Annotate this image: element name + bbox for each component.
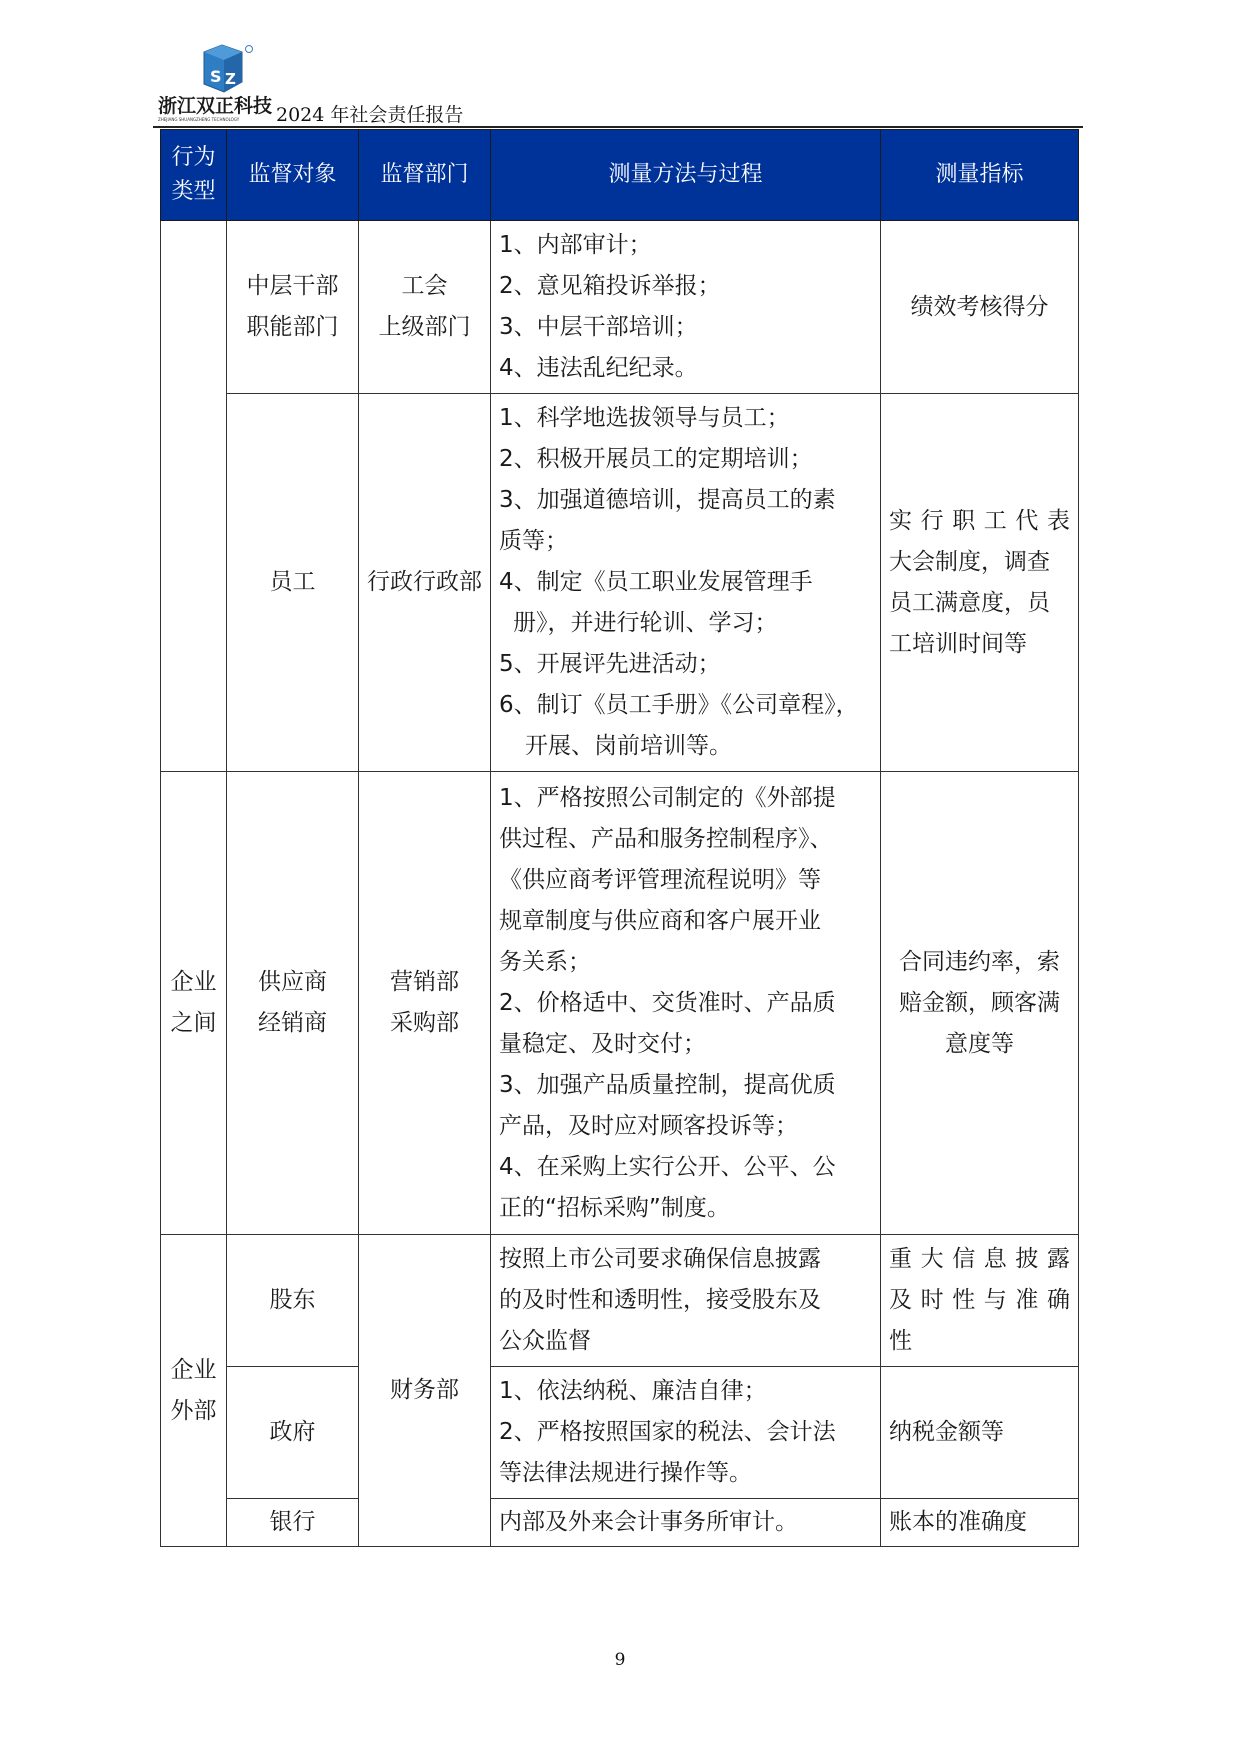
cell-method: 按照上市公司要求确保信息披露 的及时性和透明性，接受股东及 公众监督	[491, 1235, 881, 1367]
sz-cube-logo-icon: S Z	[192, 44, 256, 94]
cell-metric: 账本的准确度	[881, 1499, 1079, 1547]
cell-target: 政府	[227, 1367, 359, 1499]
cell-metric: 重大信息披露 及时性与准确 性	[881, 1235, 1079, 1367]
table-row: 企业 外部 股东 财务部 按照上市公司要求确保信息披露 的及时性和透明性，接受股…	[161, 1235, 1079, 1367]
cell-department: 营销部 采购部	[359, 772, 491, 1235]
table-header-row: 行为 类型 监督对象 监督部门 测量方法与过程 测量指标	[161, 130, 1079, 221]
cell-type: 企业 之间	[161, 772, 227, 1235]
company-name-en: ZHEJIANG SHUANGZHENG TECHNOLOGY	[158, 117, 239, 122]
col-header-target: 监督对象	[227, 130, 359, 221]
cell-department: 工会 上级部门	[359, 221, 491, 394]
company-name: 浙江双正科技	[158, 96, 272, 116]
header-divider	[153, 126, 1083, 128]
cell-method: 1、依法纳税、廉洁自律； 2、严格按照国家的税法、会计法 等法律法规进行操作等。	[491, 1367, 881, 1499]
table-row: 企业 之间 供应商 经销商 营销部 采购部 1、严格按照公司制定的《外部提 供过…	[161, 772, 1079, 1235]
table-row: 银行 内部及外来会计事务所审计。 账本的准确度	[161, 1499, 1079, 1547]
cell-target: 供应商 经销商	[227, 772, 359, 1235]
page-header: S Z 浙江双正科技 ZHEJIANG SHUANGZHENG TECHNOLO…	[158, 44, 1078, 128]
cell-method: 内部及外来会计事务所审计。	[491, 1499, 881, 1547]
col-header-type: 行为 类型	[161, 130, 227, 221]
report-title: 2024 年社会责任报告	[276, 100, 463, 127]
table-row: 中层干部 职能部门 工会 上级部门 1、内部审计； 2、意见箱投诉举报； 3、中…	[161, 221, 1079, 394]
cell-metric: 绩效考核得分	[881, 221, 1079, 394]
cell-method: 1、科学地选拔领导与员工； 2、积极开展员工的定期培训； 3、加强道德培训，提高…	[491, 394, 881, 772]
col-header-department: 监督部门	[359, 130, 491, 221]
cell-method: 1、严格按照公司制定的《外部提 供过程、产品和服务控制程序》、 《供应商考评管理…	[491, 772, 881, 1235]
cell-metric: 实行职工代表 大会制度，调查 员工满意度，员 工培训时间等	[881, 394, 1079, 772]
supervision-table: 行为 类型 监督对象 监督部门 测量方法与过程 测量指标 中层干部 职能部门 工…	[160, 129, 1079, 1547]
cell-target: 员工	[227, 394, 359, 772]
svg-text:Z: Z	[225, 70, 236, 88]
page-number: 9	[0, 1650, 1240, 1670]
cell-department: 行政行政部	[359, 394, 491, 772]
cell-department: 财务部	[359, 1235, 491, 1547]
cell-method: 1、内部审计； 2、意见箱投诉举报； 3、中层干部培训； 4、违法乱纪纪录。	[491, 221, 881, 394]
table-row: 员工 行政行政部 1、科学地选拔领导与员工； 2、积极开展员工的定期培训； 3、…	[161, 394, 1079, 772]
svg-text:S: S	[210, 67, 222, 86]
cell-type: 企业 外部	[161, 1235, 227, 1547]
col-header-method: 测量方法与过程	[491, 130, 881, 221]
table-row: 政府 1、依法纳税、廉洁自律； 2、严格按照国家的税法、会计法 等法律法规进行操…	[161, 1367, 1079, 1499]
col-header-metric: 测量指标	[881, 130, 1079, 221]
cell-target: 中层干部 职能部门	[227, 221, 359, 394]
cell-type-internal	[161, 221, 227, 772]
cell-metric: 合同违约率，索 赔金额，顾客满 意度等	[881, 772, 1079, 1235]
cell-target: 股东	[227, 1235, 359, 1367]
cell-target: 银行	[227, 1499, 359, 1547]
cell-metric: 纳税金额等	[881, 1367, 1079, 1499]
